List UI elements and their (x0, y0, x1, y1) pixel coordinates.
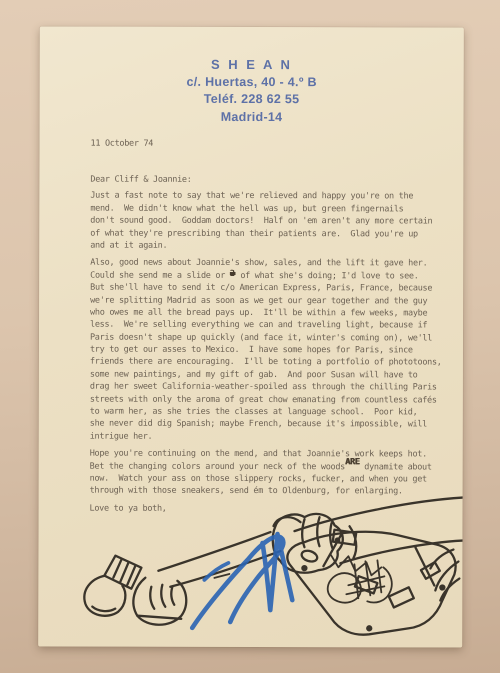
typed-insertion: ARE (345, 457, 359, 467)
letterhead-name: S H E A N (40, 55, 464, 74)
suitcase-sketch (214, 529, 459, 634)
letter-paragraph: Just a fast note to say that we're relie… (90, 190, 449, 253)
letter-body: Dear Cliff & Joannie: Just a fast note t… (90, 174, 450, 516)
letter-paragraphs: Just a fast note to say that we're relie… (90, 190, 450, 498)
letter-line: Hope you're continuing on the mend, and … (90, 448, 449, 461)
letter-text: and at it again. (90, 241, 167, 251)
letter-text: who owes me all the bread pays up. It'll… (90, 307, 427, 318)
letter-line: Just a fast note to say that we're relie… (90, 190, 449, 203)
letter-line: less. We're selling everything we can an… (90, 319, 449, 332)
letter-text: intrigue her. (90, 431, 153, 441)
letter-paragraph: Hope you're continuing on the mend, and … (90, 448, 449, 499)
legs-sketch (84, 532, 280, 626)
letter-closing: Love to ya both, (90, 502, 449, 515)
letter-text: drag her sweet California-weather-spoile… (90, 382, 437, 393)
letter-line: Bet the changing colors around your neck… (90, 460, 449, 473)
letter-text: we're splitting Madrid as soon as we get… (90, 295, 427, 306)
letter-text: of what they're prescribing than their p… (90, 228, 418, 239)
letter-text: mend. We didn't know what the hell was u… (90, 203, 403, 214)
letter-line: try to get our asses to Mexico. I have s… (90, 344, 449, 357)
letter-line: Also, good news about Joannie's show, sa… (90, 257, 449, 270)
letter-line: But she'll have to send it c/o American … (90, 282, 449, 295)
letter-text: try to get our asses to Mexico. I have s… (90, 345, 413, 356)
letterhead-phone: Teléf. 228 62 55 (40, 90, 464, 109)
letter-line: some new paintings, and my gift of gab. … (90, 368, 449, 381)
letterhead-address: c/. Huertas, 40 - 4.º B (40, 73, 464, 92)
letter-text: friends there are encouraging. I'll be t… (90, 357, 442, 368)
letterhead: S H E A N c/. Huertas, 40 - 4.º B Teléf.… (40, 55, 464, 126)
typed-overstrike: 2 (230, 269, 236, 279)
letter-text: dynamite about (359, 462, 431, 472)
letter-text: less. We're selling everything we can an… (90, 320, 427, 331)
letter-line: to warm her, as she tries the classes at… (90, 406, 449, 419)
letter-text: streets with only the aroma of great cho… (90, 394, 437, 405)
letterhead-city: Madrid-14 (40, 108, 464, 127)
letter-text: Paris doesn't shape up quickly (and face… (90, 332, 432, 343)
letter-text: Could she send me a slide or (90, 270, 230, 280)
letter-line: mend. We didn't know what the hell was u… (90, 202, 449, 215)
letter-line: who owes me all the bread pays up. It'll… (90, 306, 449, 319)
letter-text: to warm her, as she tries the classes at… (90, 407, 418, 418)
letter-line: intrigue her. (90, 430, 449, 443)
letter-text: Hope you're continuing on the mend, and … (90, 449, 427, 460)
letter-line: Could she send me a slide or 2 of what s… (90, 269, 449, 282)
letter-text: some new paintings, and my gift of gab. … (90, 369, 418, 380)
letter-text: she never did dig Spanish; maybe French,… (90, 419, 427, 430)
letter-line: she never did dig Spanish; maybe French,… (90, 418, 449, 431)
letter-text: through with those sneakers, send ém to … (90, 486, 403, 497)
letter-greeting: Dear Cliff & Joannie: (90, 174, 449, 187)
letter-text: Also, good news about Joannie's show, sa… (90, 258, 427, 269)
letter-line: of what they're prescribing than their p… (90, 227, 449, 240)
letter-line: friends there are encouraging. I'll be t… (90, 356, 449, 369)
letter-line: Paris doesn't shape up quickly (and face… (90, 331, 449, 344)
letter-text: now. Watch your ass on those slippery ro… (90, 474, 427, 485)
letter-text: But she'll have to send it c/o American … (90, 283, 432, 294)
letter-text: of what she's doing; I'd love to see. (235, 271, 418, 281)
letter-paper: S H E A N c/. Huertas, 40 - 4.º B Teléf.… (38, 26, 464, 647)
letter-line: now. Watch your ass on those slippery ro… (90, 473, 449, 486)
letter-line: through with those sneakers, send ém to … (90, 485, 449, 498)
letter-line: we're splitting Madrid as soon as we get… (90, 294, 449, 307)
photo-background: S H E A N c/. Huertas, 40 - 4.º B Teléf.… (0, 0, 500, 673)
letter-line: and at it again. (90, 240, 449, 253)
letter-text: don't sound good. Goddam doctors! Half o… (90, 216, 432, 227)
letter-line: don't sound good. Goddam doctors! Half o… (90, 215, 449, 228)
letter-date: 11 October 74 (90, 139, 153, 149)
letter-text: Bet the changing colors around your neck… (90, 461, 345, 472)
letter-text: Just a fast note to say that we're relie… (90, 191, 413, 202)
letter-line: drag her sweet California-weather-spoile… (90, 381, 449, 394)
letter-paragraph: Also, good news about Joannie's show, sa… (90, 257, 449, 444)
letter-line: streets with only the aroma of great cho… (90, 393, 449, 406)
signature-scribble (192, 534, 292, 628)
